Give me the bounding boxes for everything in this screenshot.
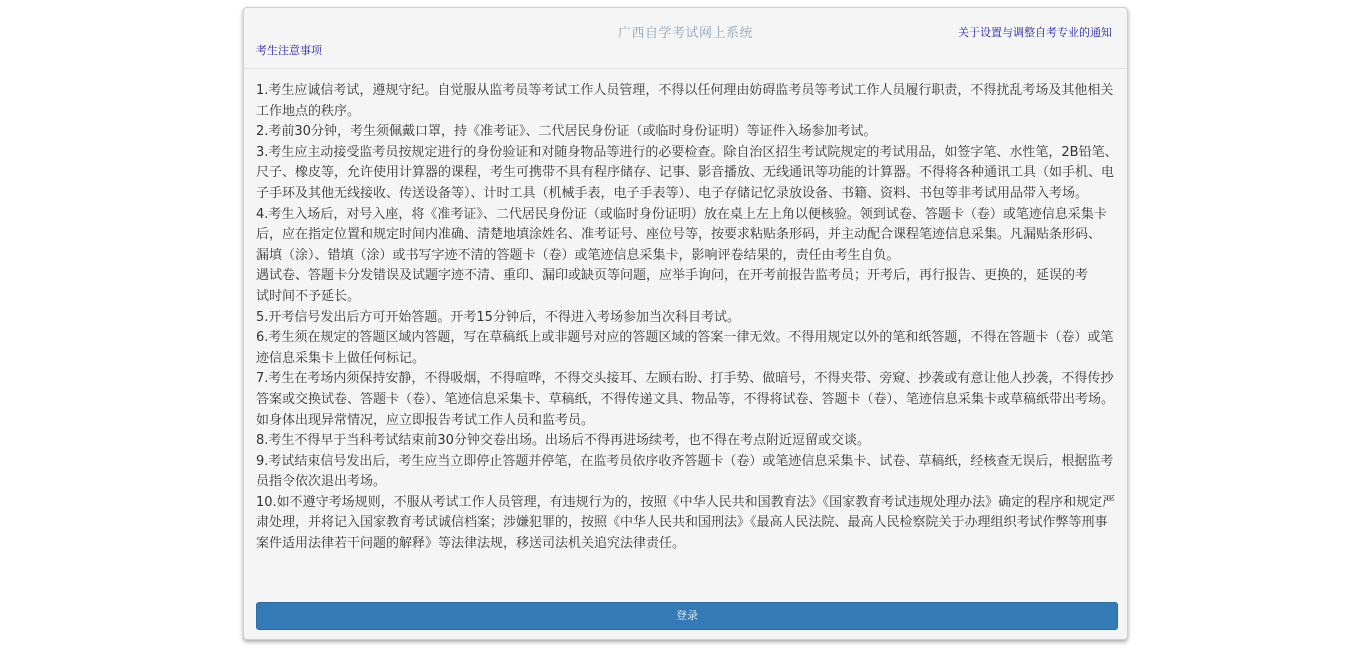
section-heading: 考生注意事项 <box>256 42 322 58</box>
rule-item: 1.考生应诚信考试，遵规守纪。自觉服从监考员等考试工作人员管理，不得以任何理由妨… <box>256 81 1118 122</box>
rule-item: 7.考生在考场内须保持安静，不得吸烟，不得喧哗，不得交头接耳、左顾右盼、打手势、… <box>256 369 1118 431</box>
rule-item: 5.开考信号发出后方可开始答题。开考15分钟后，不得进入考场参加当次科目考试。 <box>256 308 1118 329</box>
rule-item: 4.考生入场后，对号入座，将《准考证》、二代居民身份证（或临时身份证明）放在桌上… <box>256 205 1118 267</box>
rule-item: 8.考生不得早于当科考试结束前30分钟交卷出场。出场后不得再进场续考，也不得在考… <box>256 431 1118 452</box>
rule-item: 9.考试结束信号发出后，考生应当立即停止答题并停笔，在监考员依序收齐答题卡（卷）… <box>256 452 1118 493</box>
rules-list: 1.考生应诚信考试，遵规守纪。自觉服从监考员等考试工作人员管理，不得以任何理由妨… <box>256 81 1118 555</box>
rule-item: 10.如不遵守考场规则，不服从考试工作人员管理，有违规行为的，按照《中华人民共和… <box>256 493 1118 555</box>
notice-link-major-adjustment[interactable]: 关于设置与调整自考专业的通知 <box>958 24 1112 40</box>
panel-header: 广西自学考试网上系统 关于设置与调整自考专业的通知 考生注意事项 <box>244 8 1127 69</box>
rule-item: 6.考生须在规定的答题区域内答题，写在草稿纸上或非题号对应的答题区域的答案一律无… <box>256 328 1118 369</box>
rule-item: 2.考前30分钟，考生须佩戴口罩，持《准考证》、二代居民身份证（或临时身份证明）… <box>256 122 1118 143</box>
rule-item: 遇试卷、答题卡分发错误及试题字迹不清、重印、漏印或缺页等问题，应举手询问，在开考… <box>256 266 1118 307</box>
rule-item: 3.考生应主动接受监考员按规定进行的身份验证和对随身物品等进行的必要检查。除自治… <box>256 143 1118 205</box>
notice-panel: 广西自学考试网上系统 关于设置与调整自考专业的通知 考生注意事项 1.考生应诚信… <box>243 7 1128 640</box>
login-button[interactable]: 登录 <box>256 602 1118 630</box>
